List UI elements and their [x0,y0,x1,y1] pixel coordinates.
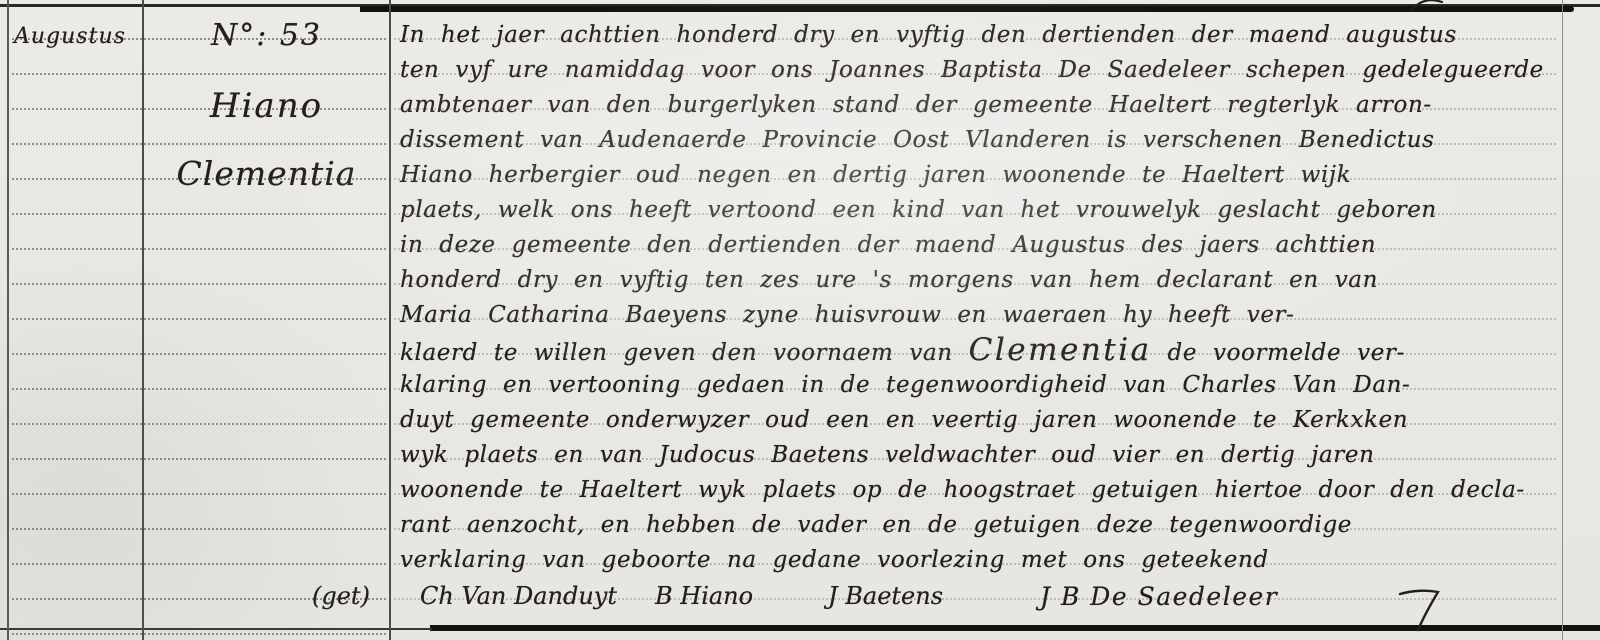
margin-month-label: Augustus [14,24,140,49]
act-body-line: honderd dry en vyftig ten zes ure 's mor… [400,263,1558,298]
act-body-line: verklaring van geboorte na gedane voorle… [400,543,1558,578]
left-edge-line [7,0,9,640]
ruled-line [12,353,386,355]
ruled-line [12,563,386,565]
ruled-line [12,388,386,390]
pen-flourish-mark [1408,0,1448,14]
act-body-line: wyk plaets en van Judocus Baetens veldwa… [400,438,1558,473]
act-number: N°: 53 [145,18,388,53]
ruled-line [12,423,386,425]
ruled-line [12,458,386,460]
ruled-line [12,528,386,530]
act-body-line: ten vyf ure namiddag voor ons Joannes Ba… [400,53,1558,88]
act-body-line: Hiano herbergier oud negen en dertig jar… [400,158,1558,193]
act-body-line: plaets, welk ons heeft vertoond een kind… [400,193,1558,228]
witness-signature: Ch Van Danduyt [420,582,617,610]
act-body-line: rant aenzocht, en hebben de vader en de … [400,508,1558,543]
signature-prefix: (get) [312,582,370,610]
act-body-line: klaring en vertooning gedaen in de tegen… [400,368,1558,403]
right-margin-line [1562,0,1563,640]
act-body-line: ambtenaer van den burgerlyken stand der … [400,88,1558,123]
ruled-line [12,73,386,75]
name-column-divider [389,0,391,640]
given-name-emphasized: Clementia [969,332,1152,368]
register-scan-page: Augustus N°: 53 Hiano Clementia In het j… [0,0,1600,640]
month-column-divider [142,0,144,640]
act-body-text: In het jaer achttien honderd dry en vyft… [400,18,1558,578]
ruled-line [12,143,386,145]
act-body-line: klaerd te willen geven den voornaem van … [400,333,1558,368]
signature-flourish [1398,586,1444,634]
father-signature: B Hiano [655,582,753,610]
witness-signature: J Baetens [828,582,943,610]
ruled-line [12,318,386,320]
act-body-line: dissement van Audenaerde Provincie Oost … [400,123,1558,158]
act-body-line: woonende te Haeltert wyk plaets op de ho… [400,473,1558,508]
child-firstname: Clementia [145,154,388,193]
ruled-line [12,213,386,215]
ruled-line [12,283,386,285]
ruled-line [12,248,386,250]
act-body-line: In het jaer achttien honderd dry en vyft… [400,18,1558,53]
act-body-line: in deze gemeente den dertienden der maen… [400,228,1558,263]
official-signature: J B De Saedeleer [1040,582,1278,611]
top-border-thick [360,6,1574,12]
act-body-line: Maria Catharina Baeyens zyne huisvrouw e… [400,298,1558,333]
act-body-line: duyt gemeente onderwyzer oud een en veer… [400,403,1558,438]
ruled-line [12,633,386,635]
bottom-border-thin [0,628,432,630]
child-surname: Hiano [145,86,388,126]
ruled-line [12,493,386,495]
